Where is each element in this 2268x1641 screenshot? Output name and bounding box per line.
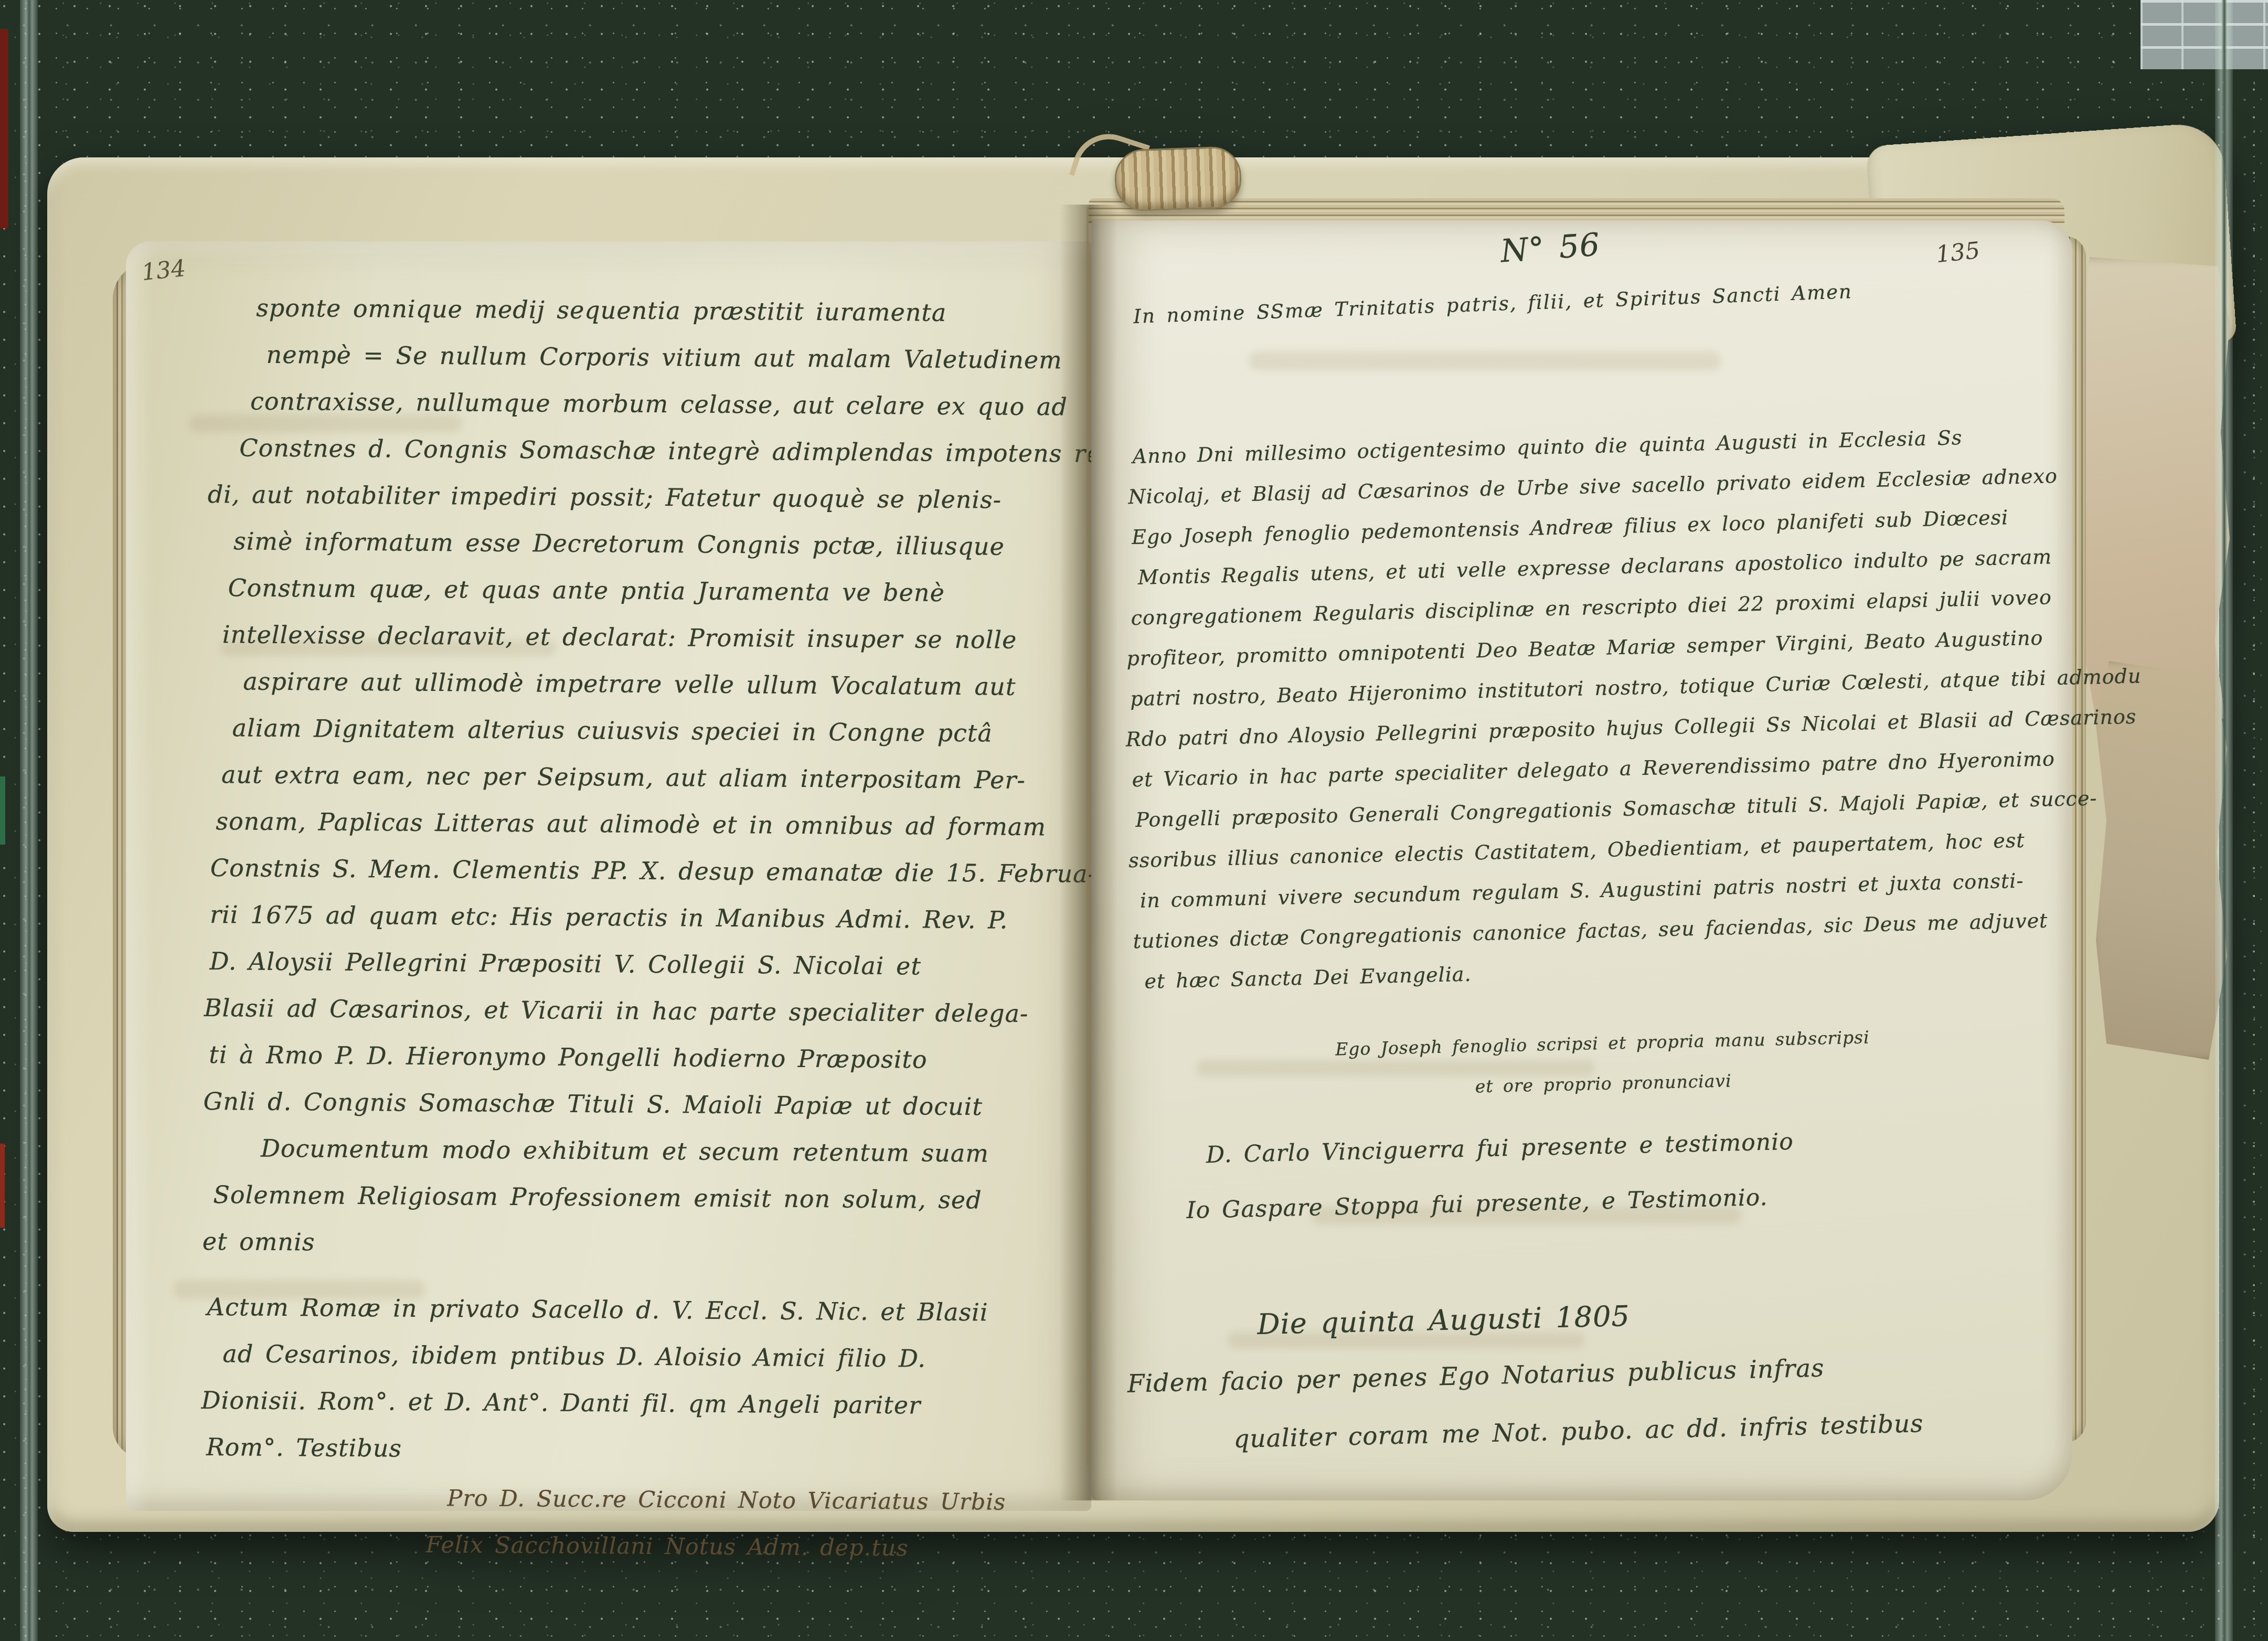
manuscript-line: Blasii ad Cæsarinos, et Vicarii in hac p… <box>204 985 1081 1038</box>
manuscript-line: Constnum quæ, et quas ante pntia Juramen… <box>228 564 1083 617</box>
red-sliver-lower-left <box>0 1144 5 1228</box>
manuscript-line: Actum Romæ in privato Sacello d. V. Eccl… <box>207 1284 1079 1337</box>
red-sliver-left <box>0 29 8 228</box>
manuscript-line: Documentum modo exhibitum et secum reten… <box>261 1125 1080 1178</box>
notary-line: Felix Sacchovillani Notus Adm. dep.tus <box>425 1522 1077 1573</box>
manuscript-line: simè informatum esse Decretorum Congnis … <box>233 518 1084 570</box>
spine-fold-shadow <box>1060 205 1117 1500</box>
right-page: 135 N° 56 In nomine SSmæ Trinitatis patr… <box>1091 220 2072 1500</box>
manuscript-line: ti à Rmo P. D. Hieronymo Pongelli hodier… <box>209 1031 1080 1084</box>
left-page: 134 sponte omnique medij sequentia præst… <box>126 241 1091 1511</box>
manuscript-line: sponte omnique medij sequentia præstitit… <box>256 285 1085 337</box>
manuscript-line: Constnes d. Congnis Somaschæ integrè adi… <box>239 424 1084 477</box>
photo-stage: 134 sponte omnique medij sequentia præst… <box>0 0 2268 1641</box>
glass-edge-left <box>20 0 38 1641</box>
manuscript-line: Constnis S. Mem. Clementis PP. X. desup … <box>210 845 1081 898</box>
green-sliver-left <box>0 776 5 845</box>
right-page-text-block: Anno Dni millesimo octigentesimo quinto … <box>1127 415 2073 1468</box>
manuscript-line: aspirare aut ullimodè impetrare velle ul… <box>243 658 1083 710</box>
manuscript-line: Dionisii. Rom°. et D. Ant°. Danti fil. q… <box>201 1377 1078 1430</box>
manuscript-line: rii 1675 ad quam etc: His peractis in Ma… <box>210 891 1081 944</box>
brick-wall <box>2141 0 2268 69</box>
manuscript-line: Gnli d. Congnis Somaschæ Tituli S. Maiol… <box>203 1078 1080 1131</box>
notary-line: Pro D. Succ.re Cicconi Noto Vicariatus U… <box>447 1475 1077 1526</box>
page-stack-top-edge <box>1089 198 2064 223</box>
page-number: 135 <box>1935 237 1982 268</box>
torn-parchment-top <box>2078 257 2230 719</box>
left-page-text-block: sponte omnique medij sequentia præstitit… <box>226 284 1085 1573</box>
manuscript-line: aliam Dignitatem alterius cuiusvis speci… <box>232 705 1082 757</box>
manuscript-book: 134 sponte omnique medij sequentia præst… <box>47 157 2219 1532</box>
ink-bleedthrough <box>1249 351 1721 370</box>
manuscript-line: Solemnem Religiosam Professionem emisit … <box>213 1171 1079 1224</box>
manuscript-line: contraxisse, nullumque morbum celasse, a… <box>250 378 1085 431</box>
manuscript-line: ad Cesarinos, ibidem pntibus D. Aloisio … <box>222 1330 1078 1383</box>
endband-coil <box>1114 146 1242 212</box>
manuscript-line: aut extra eam, nec per Seipsum, aut alia… <box>221 751 1082 804</box>
manuscript-line: Rom°. Testibus <box>206 1424 1078 1477</box>
invocation-line: In nomine SSmæ Trinitatis patris, filii,… <box>1133 280 1853 328</box>
glass-edge-right <box>2215 0 2233 1641</box>
binding-thread <box>1087 207 1089 1466</box>
manuscript-line: et omnis <box>203 1218 1079 1271</box>
manuscript-line: di, aut notabiliter impediri possit; Fat… <box>207 471 1084 524</box>
manuscript-line: D. Aloysii Pellegrini Præpositi V. Colle… <box>209 938 1081 991</box>
entry-number: N° 56 <box>1499 226 1601 270</box>
manuscript-line: intellexisse declaravit, et declarat: Pr… <box>222 611 1083 664</box>
page-number: 134 <box>141 255 187 286</box>
manuscript-line: sonam, Paplicas Litteras aut alimodè et … <box>216 798 1082 851</box>
manuscript-line: nempè = Se nullum Corporis vitium aut ma… <box>266 332 1085 384</box>
